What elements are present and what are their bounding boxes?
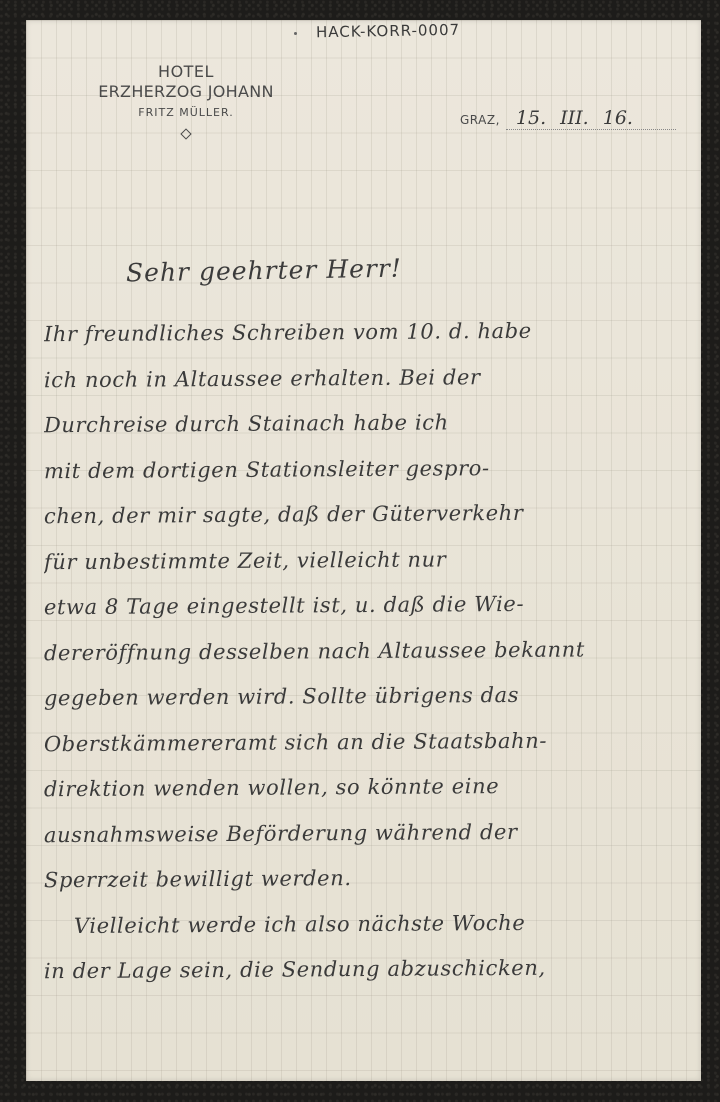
body-line: mit dem dortigen Stationsleiter gespro- [44, 454, 684, 504]
body-line: ich noch in Altaussee erhalten. Bei der [44, 363, 684, 413]
date-value: 15. III. 16. [506, 107, 676, 130]
letterhead-hotel-name: ERZHERZOG JOHANN [76, 82, 296, 102]
body-line: direktion wenden wollen, so könnte eine [44, 773, 684, 823]
hotel-letterhead: HOTEL ERZHERZOG JOHANN FRITZ MÜLLER. [76, 62, 296, 138]
body-line: dereröffnung desselben nach Altaussee be… [44, 636, 684, 686]
letter-page: HACK-KORR-0007 HOTEL ERZHERZOG JOHANN FR… [26, 20, 701, 1081]
dateline: GRAZ, 15. III. 16. [460, 107, 676, 130]
body-line: für unbestimmte Zeit, vielleicht nur [44, 545, 684, 595]
archive-reference: HACK-KORR-0007 [316, 21, 460, 42]
body-line: in der Lage sein, die Sendung abzuschick… [44, 955, 684, 1005]
body-line: Oberstkämmereramt sich an die Staatsbahn… [44, 727, 684, 777]
body-line: gegeben werden wird. Sollte übrigens das [44, 682, 684, 732]
body-line: ausnahmsweise Beförderung während der [44, 818, 684, 868]
letterhead-owner: FRITZ MÜLLER. [76, 104, 296, 122]
body-line: Ihr freundliches Schreiben vom 10. d. ha… [44, 318, 684, 368]
diamond-ornament-icon [180, 128, 191, 139]
body-line: Sperrzeit bewilligt werden. [44, 864, 684, 914]
pencil-dot [294, 32, 297, 35]
body-line: Durchreise durch Stainach habe ich [44, 409, 684, 459]
body-line: etwa 8 Tage eingestellt ist, u. daß die … [44, 591, 684, 641]
body-line: Vielleicht werde ich also nächste Woche [44, 909, 684, 959]
letter-body: Ihr freundliches Schreiben vom 10. d. ha… [44, 320, 684, 1003]
date-place: GRAZ, [460, 113, 500, 127]
salutation: Sehr geehrter Herr! [126, 254, 402, 288]
body-line: chen, der mir sagte, daß der Güterverkeh… [44, 500, 684, 550]
letterhead-hotel: HOTEL [76, 62, 296, 82]
